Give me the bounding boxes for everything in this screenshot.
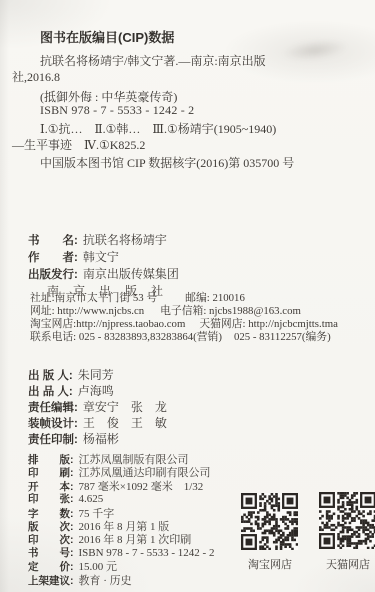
staff-credits-block: 出 版 人: 朱同芳 出 品 人: 卢海鸣 责任编辑: 章安宁 张 龙 装帧设计… [28,366,167,446]
field-row-author: 作 者: 韩文宁 [28,248,179,265]
contact-row-address: 社址:南京市太平门街 53 号 邮编: 210016 [30,290,338,303]
field-value: 章安宁 张 龙 [83,398,167,415]
tmall-qr-code [319,492,375,549]
field-row-printing: 印 刷: 江苏凤凰通达印刷有限公司 [28,464,214,477]
field-value: 杨福彬 [83,430,119,447]
cip-classification: Ⅰ.①抗… Ⅱ.①韩… Ⅲ.①杨靖宇(1905~1940) —生平事迹 Ⅳ.①K… [12,121,368,153]
field-row-designer: 装帧设计: 王 俊 王 敏 [28,414,167,430]
field-row-price: 定 价: 15.00 元 [28,558,214,571]
field-label: 出 版 人: [28,367,73,383]
field-row-impression: 印 次: 2016 年 8 月第 1 次印刷 [28,531,214,544]
field-label: 书 名: [28,232,78,248]
cip-classification-line1: Ⅰ.①抗… Ⅱ.①韩… Ⅲ.①杨靖宇(1905~1940) [12,121,368,137]
field-label: 装帧设计: [28,415,78,431]
field-label: 责任印制: [28,431,78,447]
field-value: 韩文宁 [83,248,119,265]
contact-row-phones: 联系电话: 025 - 83283893,83283864(营销) 025 - … [30,329,338,342]
field-row-shelf-category: 上架建议: 教育 · 历史 [28,572,214,585]
field-value: 4.625 [79,493,104,505]
field-label: 出 品 人: [28,383,73,399]
field-value: 抗联名将杨靖宇 [83,231,167,248]
field-value: 朱同芳 [78,366,114,383]
field-value: 教育 · 历史 [79,572,132,588]
field-row-publisher: 出版发行: 南京出版传媒集团 [28,265,179,282]
contact-row-shops: 淘宝网店:http://njpress.taobao.com 天猫网店: htt… [30,316,338,329]
publisher-info-block: 书 名: 抗联名将杨靖宇 作 者: 韩文宁 出版发行: 南京出版传媒集团 南 京… [28,231,179,299]
field-value: 卢海鸣 [78,382,114,399]
phone-marketing-text: 联系电话: 025 - 83283893,83283864(营销) [30,329,222,344]
taobao-qr-code [241,493,298,550]
field-label: 责任编辑: [28,399,78,415]
cip-classification-line2: —生平事迹 Ⅳ.①K825.2 [12,137,368,153]
field-value: 王 俊 王 敏 [83,414,167,431]
field-value: 南京出版传媒集团 [83,265,179,282]
field-row-editor: 责任编辑: 章安宁 张 龙 [28,398,167,414]
cip-registry-number: 中国版本图书馆 CIP 数据核字(2016)第 035700 号 [40,154,294,171]
field-row-edition: 版 次: 2016 年 8 月第 1 版 [28,518,214,531]
phone-editorial-text: 025 - 83112257(编务) [234,329,331,344]
field-row-print-supervisor: 责任印制: 杨福彬 [28,430,167,446]
field-row-book-title: 书 名: 抗联名将杨靖宇 [28,231,179,248]
field-label: 上架建议: [28,573,74,588]
field-row-producer: 出 品 人: 卢海鸣 [28,382,167,398]
field-label: 出版发行: [28,266,78,282]
contact-info-block: 社址:南京市太平门街 53 号 邮编: 210016 网址: http://ww… [30,290,338,342]
printing-specs-block: 排 版: 江苏凤凰制版有限公司 印 刷: 江苏凤凰通达印刷有限公司 开 本: 7… [28,451,214,585]
field-label: 作 者: [28,249,78,265]
field-value: 787 毫米×1092 毫米 1/32 [79,478,204,494]
field-label: 书 号: [28,545,74,560]
contact-row-website: 网址: http://www.njcbs.cn 电子信箱: njcbs1988@… [30,303,338,316]
field-label: 印 张: [28,491,74,506]
field-row-typesetting: 排 版: 江苏凤凰制版有限公司 [28,451,214,464]
cip-description-line2: 社,2016.8 [12,69,368,85]
cip-isbn: ISBN 978 - 7 - 5533 - 1242 - 2 [40,103,194,118]
cip-description-line1: 抗联名将杨靖宇/韩文宁著.—南京:南京出版 [12,53,368,69]
field-value: ISBN 978 - 7 - 5533 - 1242 - 2 [79,547,215,559]
field-value: 2016 年 8 月第 1 次印刷 [79,531,192,547]
taobao-qr-label: 淘宝网店 [235,556,305,572]
field-row-format: 开 本: 787 毫米×1092 毫米 1/32 [28,478,214,491]
field-row-publisher-person: 出 版 人: 朱同芳 [28,366,167,382]
field-row-word-count: 字 数: 75 千字 [28,505,214,518]
tmall-qr-label: 天猫网店 [313,556,375,572]
book-copyright-page: 图书在版编目(CIP)数据 抗联名将杨靖宇/韩文宁著.—南京:南京出版 社,20… [0,0,375,592]
field-row-book-number: 书 号: ISBN 978 - 7 - 5533 - 1242 - 2 [28,545,214,558]
cip-description: 抗联名将杨靖宇/韩文宁著.—南京:南京出版 社,2016.8 [12,53,368,85]
cip-heading: 图书在版编目(CIP)数据 [40,27,174,46]
